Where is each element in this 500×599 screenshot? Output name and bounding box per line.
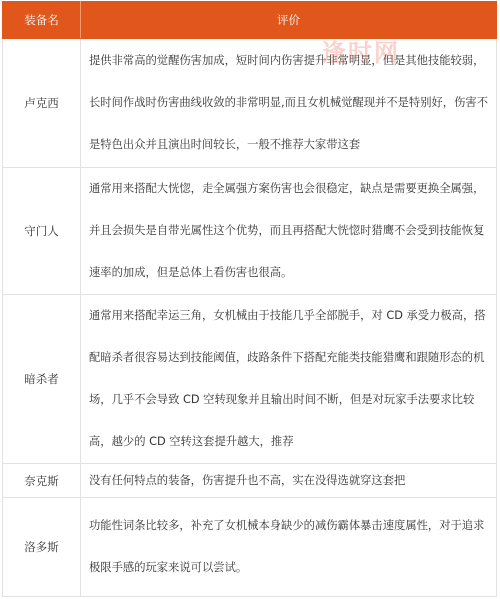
table-row: 卢克西 提供非常高的觉醒伤害加成，短时间内伤害提升非常明显，但是其他技能较弱，长… bbox=[3, 39, 497, 168]
equipment-review-table: 装备名 评价 卢克西 提供非常高的觉醒伤害加成，短时间内伤害提升非常明显，但是其… bbox=[2, 1, 497, 597]
table-header-row: 装备名 评价 bbox=[3, 2, 497, 39]
table-row: 洛多斯 功能性词条比较多，补充了女机械本身缺少的减伤霸体暴击速度属性，对于追求极… bbox=[3, 498, 497, 597]
equipment-review: 功能性词条比较多，补充了女机械本身缺少的减伤霸体暴击速度属性，对于追求极限手感的… bbox=[81, 498, 497, 597]
equipment-name: 暗杀者 bbox=[3, 295, 81, 464]
equipment-review: 没有任何特点的装备，伤害提升也不高，实在没得选就穿这套把 bbox=[81, 464, 497, 498]
equipment-review: 提供非常高的觉醒伤害加成，短时间内伤害提升非常明显，但是其他技能较弱，长时间作战… bbox=[81, 39, 497, 168]
equipment-name: 奈克斯 bbox=[3, 464, 81, 498]
equipment-name: 卢克西 bbox=[3, 39, 81, 168]
equipment-name: 守门人 bbox=[3, 168, 81, 295]
equipment-review: 通常用来搭配幸运三角，女机械由于技能几乎全部脱手，对 CD 承受力极高，搭配暗杀… bbox=[81, 295, 497, 464]
table-row: 守门人 通常用来搭配大恍惚，走全属强方案伤害也会很稳定，缺点是需要更换全属强，并… bbox=[3, 168, 497, 295]
equipment-name: 洛多斯 bbox=[3, 498, 81, 597]
equipment-review: 通常用来搭配大恍惚，走全属强方案伤害也会很稳定，缺点是需要更换全属强，并且会损失… bbox=[81, 168, 497, 295]
table-row: 奈克斯 没有任何特点的装备，伤害提升也不高，实在没得选就穿这套把 bbox=[3, 464, 497, 498]
table-row: 暗杀者 通常用来搭配幸运三角，女机械由于技能几乎全部脱手，对 CD 承受力极高，… bbox=[3, 295, 497, 464]
header-equipment-name: 装备名 bbox=[3, 2, 81, 39]
header-review: 评价 bbox=[81, 2, 497, 39]
